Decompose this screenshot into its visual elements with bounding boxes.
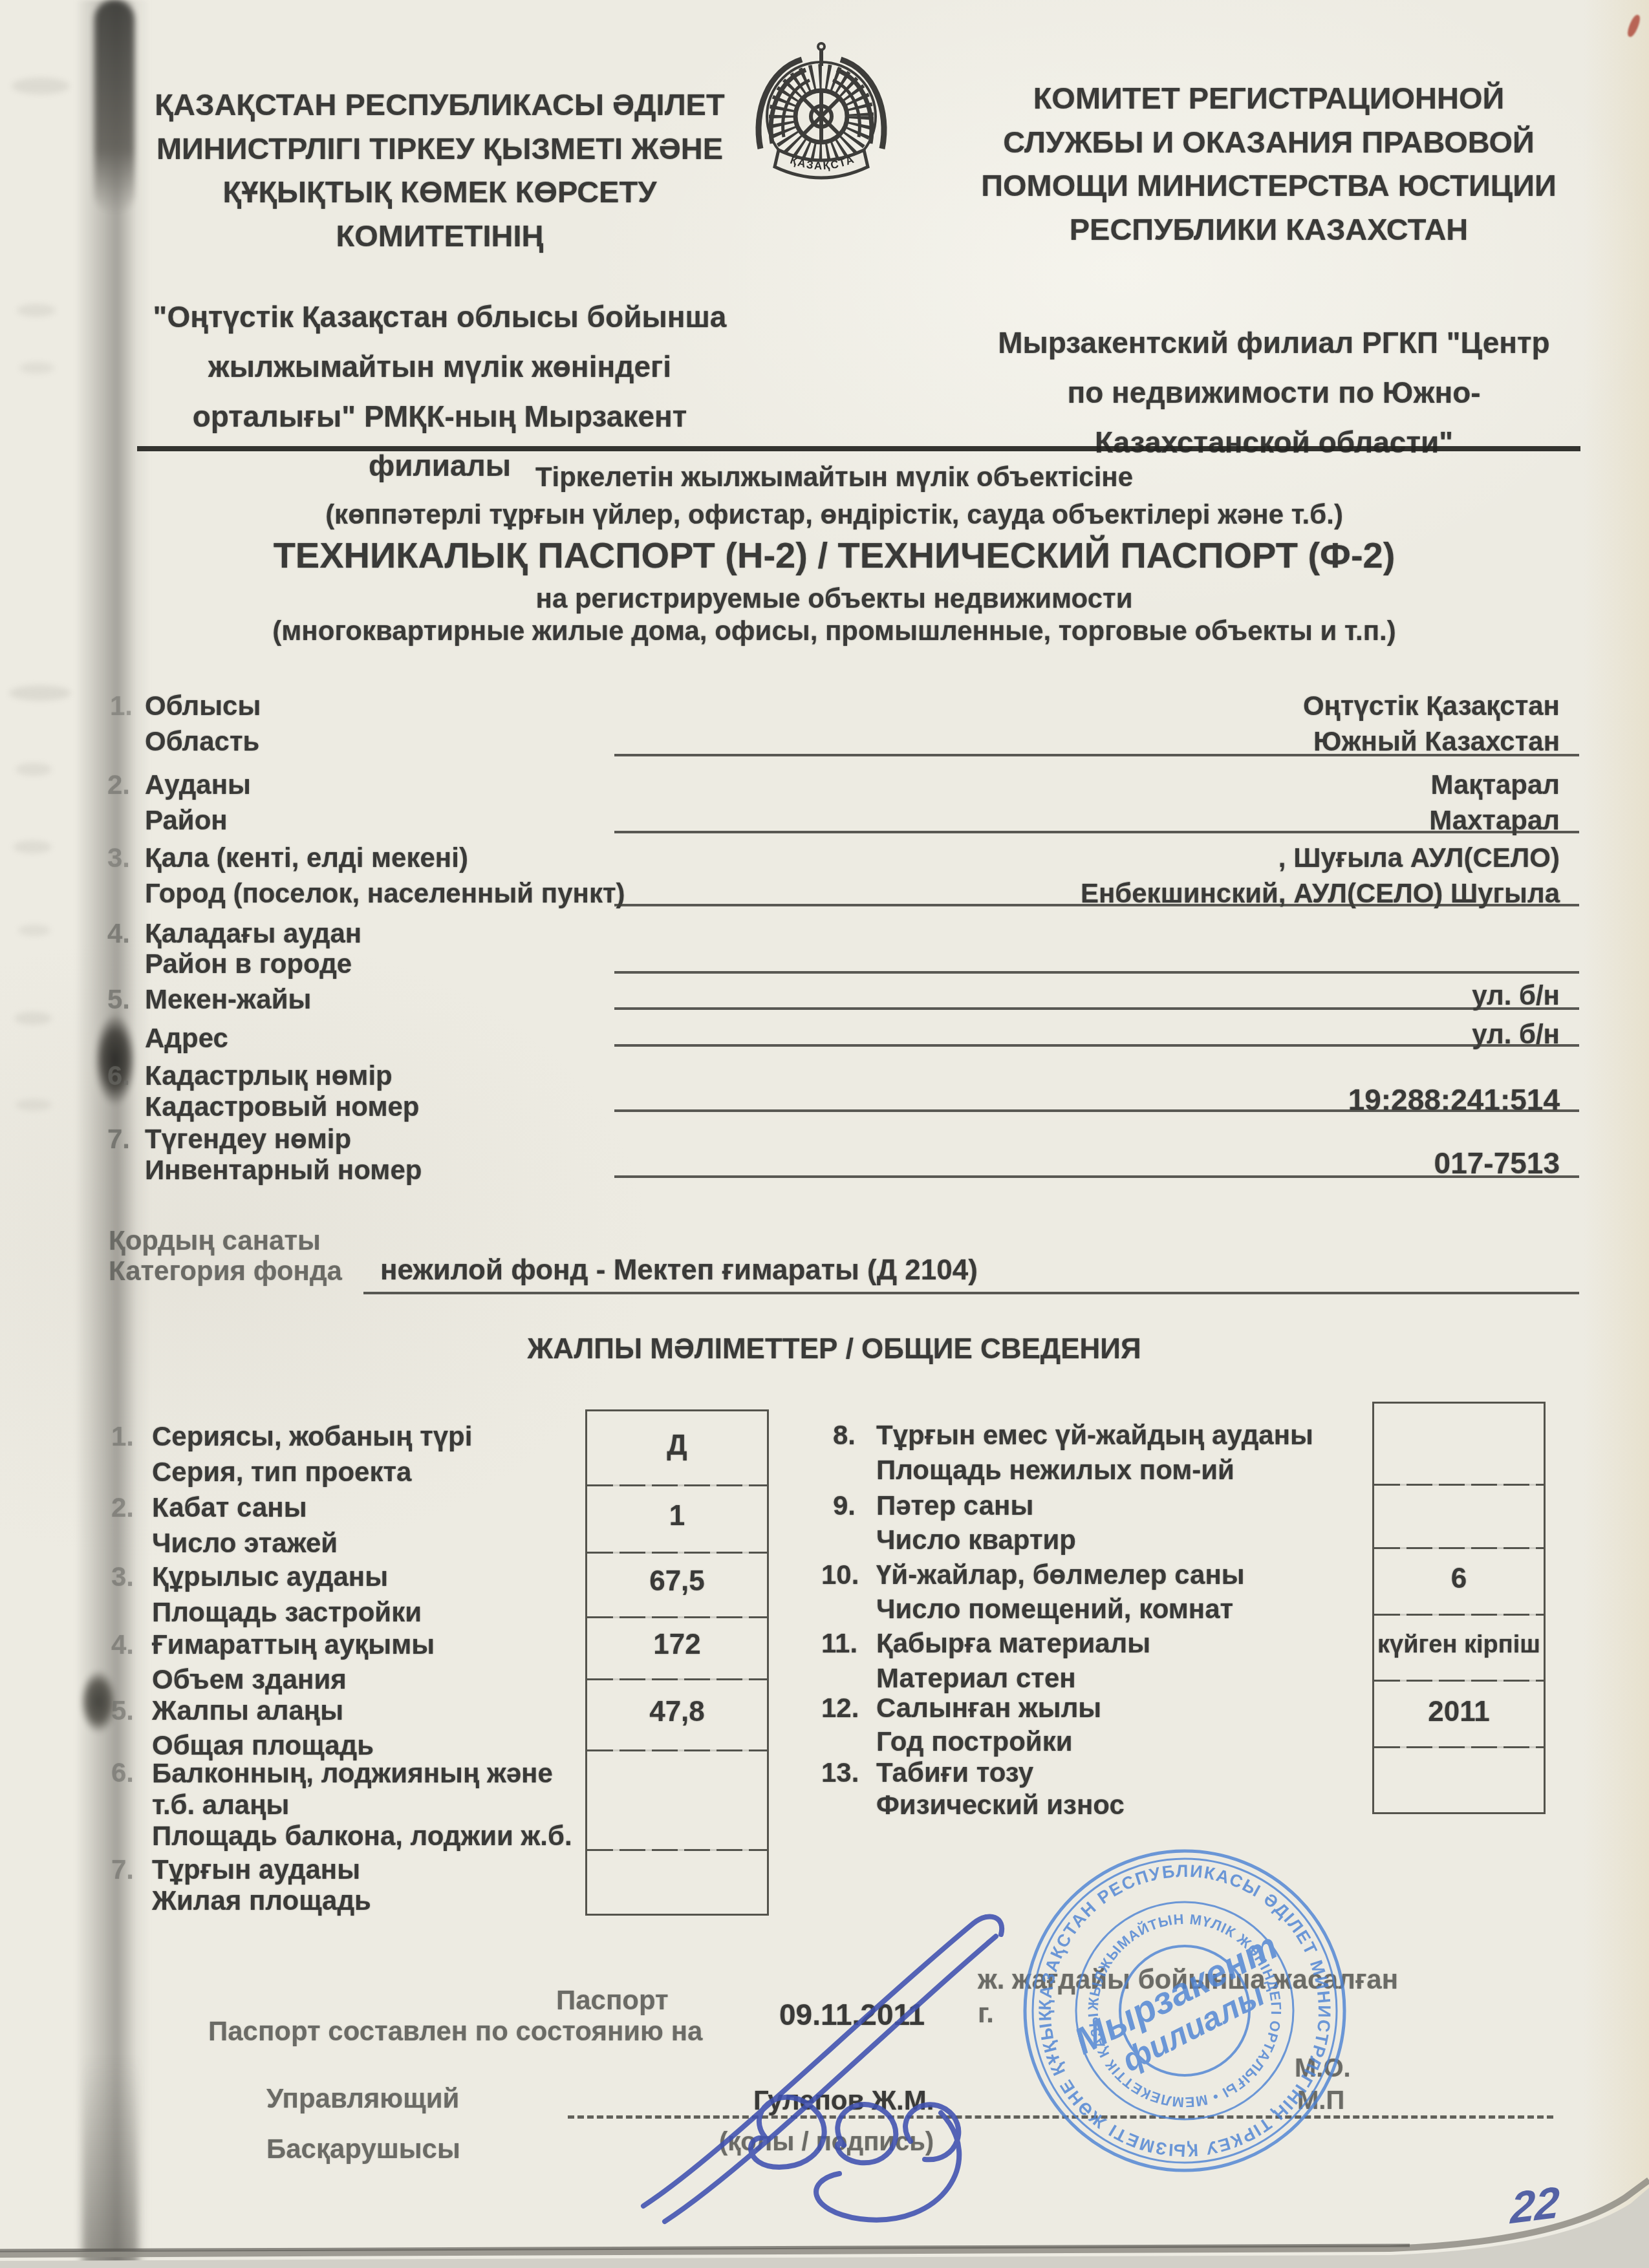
scanned-technical-passport-page: ҚАЗАҚСТАН РЕСПУБЛИКАСЫ ӘДІЛЕТ МИНИСТРЛІГ…: [0, 0, 1649, 2268]
page-bottom-edge: [0, 0, 1649, 2268]
